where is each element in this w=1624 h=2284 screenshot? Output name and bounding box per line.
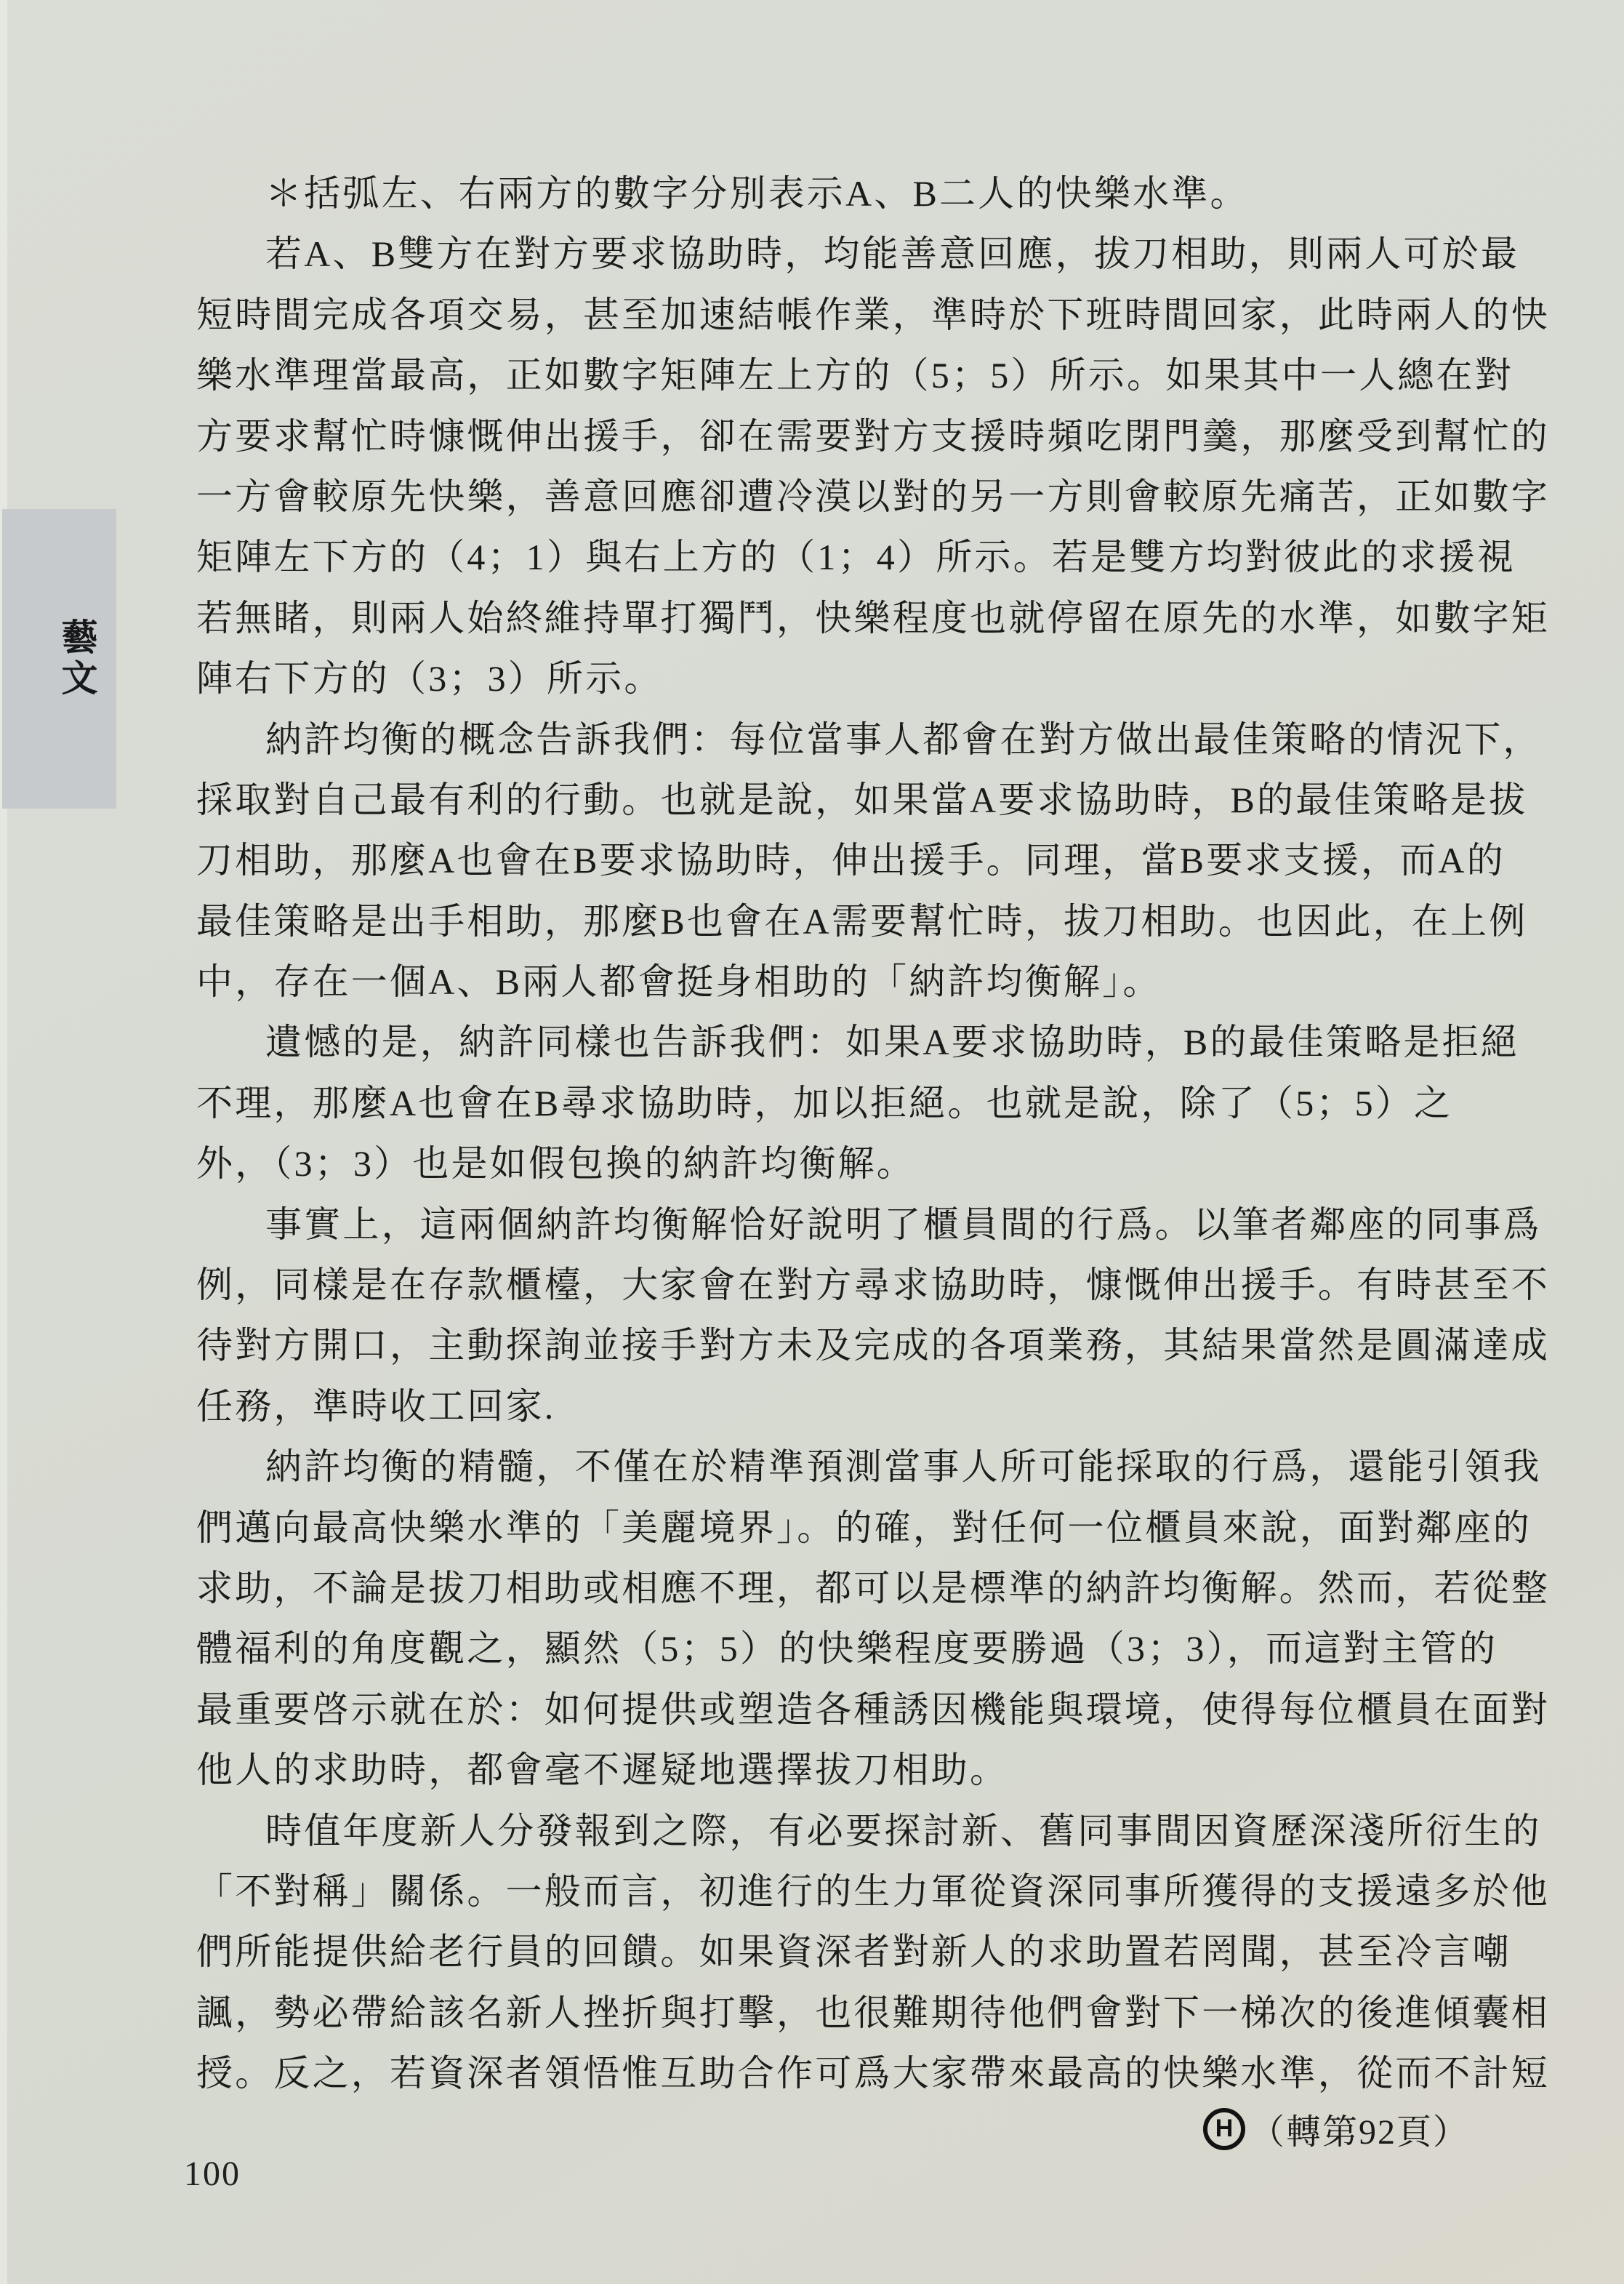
text-line: 一方會較原先快樂，善意回應卻遭冷漠以對的另一方則會較原先痛苦，正如數字 (196, 467, 1552, 527)
text-line: 採取對自己最有利的行動。也就是說，如果當A要求協助時，B的最佳策略是拔 (196, 770, 1552, 830)
text-line: 們邁向最高快樂水準的「美麗境界」。的確，對任何一位櫃員來說，面對鄰座的 (196, 1498, 1552, 1558)
text-line: 刀相助，那麼A也會在B要求協助時，伸出援手。同理，當B要求支援，而A的 (196, 830, 1552, 891)
text-line: 任務，準時收工回家. (196, 1377, 1552, 1437)
text-line: 中，存在一個A、B兩人都會挺身相助的「納許均衡解」。 (196, 952, 1552, 1012)
text-line: 遺憾的是，納許同樣也告訴我們：如果A要求協助時，B的最佳策略是拒絕 (196, 1012, 1552, 1073)
text-line: 「不對稱」關係。一般而言，初進行的生力軍從資深同事所獲得的支援遠多於他 (196, 1862, 1552, 1922)
text-line: 事實上，這兩個納許均衡解恰好說明了櫃員間的行爲。以筆者鄰座的同事爲 (196, 1195, 1552, 1255)
text-line: 樂水準理當最高，正如數字矩陣左上方的（5；5）所示。如果其中一人總在對 (196, 345, 1552, 406)
circled-h-marker: H (1203, 2108, 1245, 2150)
scanned-magazine-page: 藝文 ＊括弧左、右兩方的數字分別表示A、B二人的快樂水準。若A、B雙方在對方要求… (0, 0, 1624, 2284)
text-line: ＊括弧左、右兩方的數字分別表示A、B二人的快樂水準。 (196, 164, 1552, 224)
section-tab-label: 藝文 (51, 618, 103, 700)
text-line: 體福利的角度觀之，顯然（5；5）的快樂程度要勝過（3；3），而這對主管的 (196, 1619, 1552, 1679)
text-line: 例，同樣是在存款櫃檯，大家會在對方尋求協助時，慷慨伸出援手。有時甚至不 (196, 1255, 1552, 1315)
text-line: 待對方開口，主動探詢並接手對方未及完成的各項業務，其結果當然是圓滿達成 (196, 1315, 1552, 1376)
text-line: 外，（3；3）也是如假包換的納許均衡解。 (196, 1134, 1552, 1194)
text-line: 時值年度新人分發報到之際，有必要探討新、舊同事間因資歷深淺所衍生的 (196, 1801, 1552, 1862)
scan-edge-artifact (0, 0, 7, 2284)
text-line: 方要求幫忙時慷慨伸出援手，卻在需要對方支援時頻吃閉門羹，那麼受到幫忙的 (196, 406, 1552, 467)
article-body-text: ＊括弧左、右兩方的數字分別表示A、B二人的快樂水準。若A、B雙方在對方要求協助時… (196, 164, 1552, 2104)
text-line: 授。反之，若資深者領悟惟互助合作可爲大家帶來最高的快樂水準，從而不計短 (196, 2043, 1552, 2104)
text-line: 們所能提供給老行員的回饋。如果資深者對新人的求助置若罔聞，甚至冷言嘲 (196, 1922, 1552, 1982)
text-line: 陣右下方的（3；3）所示。 (196, 649, 1552, 709)
text-line: 矩陣左下方的（4；1）與右上方的（1；4）所示。若是雙方均對彼此的求援視 (196, 527, 1552, 588)
section-tab-arts: 藝文 (2, 509, 116, 809)
text-line: 諷，勢必帶給該名新人挫折與打擊，也很難期待他們會對下一梯次的後進傾囊相 (196, 1983, 1552, 2043)
text-line: 短時間完成各項交易，甚至加速結帳作業，準時於下班時間回家，此時兩人的快 (196, 285, 1552, 345)
text-line: 納許均衡的精髓，不僅在於精準預測當事人所可能採取的行爲，還能引領我 (196, 1437, 1552, 1497)
page-number: 100 (184, 2154, 241, 2194)
text-line: 納許均衡的概念告訴我們：每位當事人都會在對方做出最佳策略的情況下， (196, 710, 1552, 770)
text-line: 求助，不論是拔刀相助或相應不理，都可以是標準的納許均衡解。然而，若從整 (196, 1558, 1552, 1619)
text-line: 若A、B雙方在對方要求協助時，均能善意回應，拔刀相助，則兩人可於最 (196, 224, 1552, 284)
continuation-marker: H （轉第92頁） (1203, 2104, 1469, 2154)
text-line: 他人的求助時，都會毫不遲疑地選擇拔刀相助。 (196, 1740, 1552, 1800)
text-line: 最佳策略是出手相助，那麼B也會在A需要幫忙時，拔刀相助。也因此，在上例 (196, 891, 1552, 952)
text-line: 最重要啓示就在於：如何提供或塑造各種誘因機能與環境，使得每位櫃員在面對 (196, 1680, 1552, 1740)
text-line: 若無睹，則兩人始終維持單打獨鬥，快樂程度也就停留在原先的水準，如數字矩 (196, 588, 1552, 649)
text-line: 不理，那麼A也會在B尋求協助時，加以拒絕。也就是說，除了（5；5）之 (196, 1073, 1552, 1134)
continuation-text: （轉第92頁） (1250, 2104, 1469, 2154)
